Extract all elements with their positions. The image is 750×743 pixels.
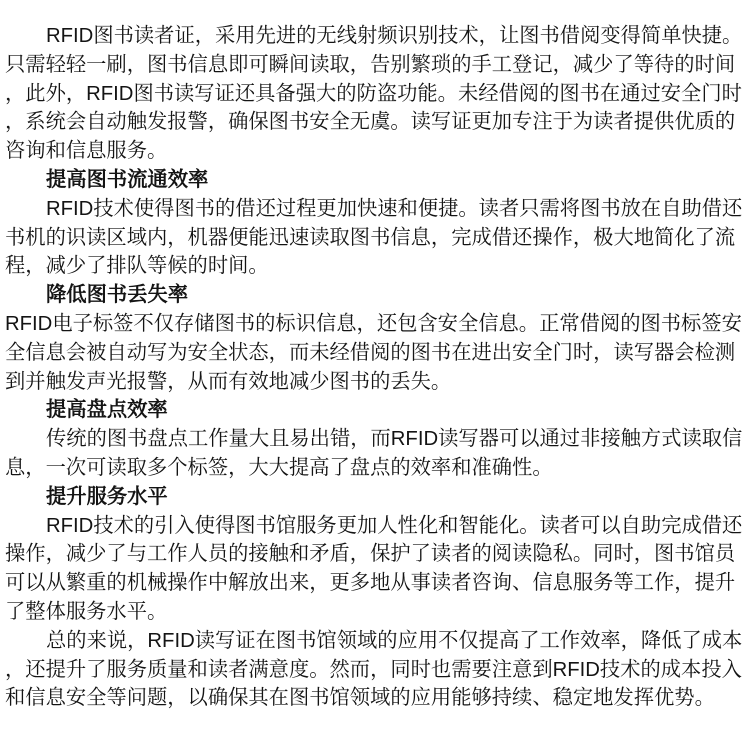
paragraph-text-line: 全信息会被自动写为安全状态，而未经借阅的图书在进出安全门时，读写器会检测 xyxy=(5,339,744,368)
paragraph-text-line: ，还提升了服务质量和读者满意度。然而，同时也需要注意到RFID技术的成本投入 xyxy=(5,656,744,685)
paragraph-text-line: 只需轻轻一刷，图书信息即可瞬间读取，告别繁琐的手工登记，减少了等待的时间 xyxy=(5,51,744,80)
paragraph-text-line: 了整体服务水平。 xyxy=(5,598,744,627)
section-heading: 提高盘点效率 xyxy=(5,396,744,425)
paragraph-text-line: 息，一次可读取多个标签，大大提高了盘点的效率和准确性。 xyxy=(5,454,744,483)
paragraph-text-line: RFID技术的引入使得图书馆服务更加人性化和智能化。读者可以自助完成借还 xyxy=(5,512,744,541)
section-heading: 提高图书流通效率 xyxy=(5,166,744,195)
paragraph-text-line: 到并触发声光报警，从而有效地减少图书的丢失。 xyxy=(5,368,744,397)
paragraph-text-line: 可以从繁重的机械操作中解放出来，更多地从事读者咨询、信息服务等工作，提升 xyxy=(5,569,744,598)
paragraph-text-line: 操作，减少了与工作人员的接触和矛盾，保护了读者的阅读隐私。同时，图书馆员 xyxy=(5,540,744,569)
paragraph-text-line: 和信息安全等问题，以确保其在图书馆领域的应用能够持续、稳定地发挥优势。 xyxy=(5,684,744,713)
paragraph-text-line: 程，减少了排队等候的时间。 xyxy=(5,252,744,281)
paragraph-text-line: ，此外，RFID图书读写证还具备强大的防盗功能。未经借阅的图书在通过安全门时 xyxy=(5,80,744,109)
paragraph-text-line: RFID电子标签不仅存储图书的标识信息，还包含安全信息。正常借阅的图书标签安 xyxy=(5,310,744,339)
paragraph-text-line: 总的来说，RFID读写证在图书馆领域的应用不仅提高了工作效率，降低了成本 xyxy=(5,627,744,656)
paragraph-text-line: ，系统会自动触发报警，确保图书安全无虞。读写证更加专注于为读者提供优质的 xyxy=(5,108,744,137)
document-body: RFID图书读者证，采用先进的无线射频识别技术，让图书借阅变得简单快捷。只需轻轻… xyxy=(0,0,750,713)
paragraph-text-line: 书机的识读区域内，机器便能迅速读取图书信息，完成借还操作，极大地简化了流 xyxy=(5,224,744,253)
paragraph-text-line: 传统的图书盘点工作量大且易出错，而RFID读写器可以通过非接触方式读取信 xyxy=(5,425,744,454)
paragraph-text-line: RFID图书读者证，采用先进的无线射频识别技术，让图书借阅变得简单快捷。 xyxy=(5,22,744,51)
paragraph-text-line: 咨询和信息服务。 xyxy=(5,137,744,166)
section-heading: 降低图书丢失率 xyxy=(5,281,744,310)
paragraph-text-line: RFID技术使得图书的借还过程更加快速和便捷。读者只需将图书放在自助借还 xyxy=(5,195,744,224)
section-heading: 提升服务水平 xyxy=(5,483,744,512)
